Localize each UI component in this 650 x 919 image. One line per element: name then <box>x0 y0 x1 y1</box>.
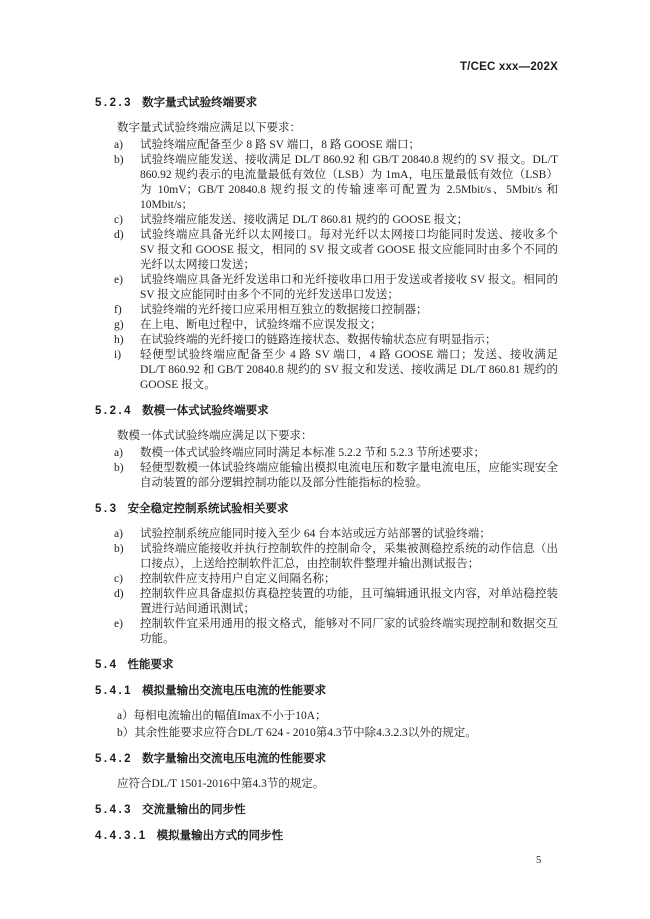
list-item: f)试验终端的光纤接口应采用相互独立的数据接口控制器； <box>95 303 558 318</box>
document-header: T/CEC xxx—202X <box>460 61 558 73</box>
section-heading-4.4.3.1: 4.4.3.1模拟量输出方式的同步性 <box>95 828 558 844</box>
heading-title: 数字量式试验终端要求 <box>142 97 257 109</box>
list-item-text: 试验终端的光纤接口应采用相互独立的数据接口控制器； <box>140 304 428 316</box>
list-item-text: 试验终端应具备光纤以太网接口。每对光纤以太网接口均能同时发送、接收多个 SV 报… <box>140 229 558 271</box>
list-item: a)试验控制系统应能同时接入至少 64 台本站或远方站部署的试验终端； <box>95 527 558 542</box>
list-item: b)试验终端应能接收并执行控制软件的控制命令，采集被测稳控系统的动作信息（出口接… <box>95 542 558 572</box>
list-item-text: 在上电、断电过程中，试验终端不应误发报文； <box>140 319 382 331</box>
heading-title: 模拟量输出方式的同步性 <box>157 830 284 842</box>
section-heading-5.4: 5.4性能要求 <box>95 657 558 673</box>
list-item-text: 试验终端应能发送、接收满足 DL/T 860.81 规约的 GOOSE 报文； <box>140 214 468 226</box>
heading-number: 5.4.3 <box>95 804 133 816</box>
paragraph: 数模一体式试验终端应满足以下要求： <box>117 429 558 444</box>
heading-number: 5.4.2 <box>95 753 133 765</box>
list-item-text: 控制软件宜采用通用的报文格式，能够对不同厂家的试验终端实现控制和数据交互功能。 <box>140 618 558 645</box>
list-item-label: i) <box>114 348 121 363</box>
list-item: h)在试验终端的光纤接口的链路连接状态、数据传输状态应有明显指示； <box>95 333 558 348</box>
list-item-label: h) <box>114 333 124 348</box>
section-heading-5.4.3: 5.4.3交流量输出的同步性 <box>95 802 558 818</box>
section-heading-5.4.1: 5.4.1模拟量输出交流电压电流的性能要求 <box>95 683 558 699</box>
document-page: T/CEC xxx—202X 5.2.3数字量式试验终端要求数字量式试验终端应满… <box>0 0 650 919</box>
list-item: c)试验终端应能发送、接收满足 DL/T 860.81 规约的 GOOSE 报文… <box>95 213 558 228</box>
list-item: d)试验终端应具备光纤以太网接口。每对光纤以太网接口均能同时发送、接收多个 SV… <box>95 228 558 273</box>
requirement-line: a）每相电流输出的幅值Imax不小于10A； <box>117 709 558 724</box>
list-item-text: 在试验终端的光纤接口的链路连接状态、数据传输状态应有明显指示； <box>140 334 497 346</box>
heading-title: 模拟量输出交流电压电流的性能要求 <box>142 685 326 697</box>
requirement-line: b）其余性能要求应符合DL/T 624 - 2010第4.3节中除4.3.2.3… <box>117 726 558 741</box>
list-item: b)试验终端应能发送、接收满足 DL/T 860.92 和 GB/T 20840… <box>95 153 558 213</box>
heading-title: 数模一体式试验终端要求 <box>142 405 269 417</box>
list-item-label: d) <box>114 228 124 243</box>
heading-number: 5.2.4 <box>95 405 133 417</box>
list-item-text: 试验终端应配备至少 8 路 SV 端口，8 路 GOOSE 端口； <box>140 139 420 151</box>
list-item-label: b) <box>114 542 124 557</box>
list-item-text: 试验终端应具备光纤发送串口和光纤接收串口用于发送或者接收 SV 报文。相同的 S… <box>140 274 558 301</box>
list-item: g)在上电、断电过程中，试验终端不应误发报文； <box>95 318 558 333</box>
heading-title: 交流量输出的同步性 <box>142 804 246 816</box>
heading-title: 性能要求 <box>128 659 174 671</box>
list-item-label: a) <box>114 446 123 461</box>
list-item-text: 轻便型数模一体试验终端应能输出模拟电流电压和数字量电流电压，应能实现安全自动装置… <box>140 462 558 489</box>
list-item-label: a) <box>114 138 123 153</box>
paragraph: 数字量式试验终端应满足以下要求： <box>117 121 558 136</box>
list-item-label: b) <box>114 153 124 168</box>
section-heading-5.3: 5.3安全稳定控制系统试验相关要求 <box>95 501 558 517</box>
heading-number: 5.4 <box>95 659 119 671</box>
list-item-label: c) <box>114 213 123 228</box>
list-item-label: g) <box>114 318 124 333</box>
requirement-list: a)数模一体式试验终端应同时满足本标准 5.2.2 节和 5.2.3 节所述要求… <box>95 446 558 491</box>
list-item-text: 控制软件应具备虚拟仿真稳控装置的功能，且可编辑通讯报文内容，对单站稳控装置进行站… <box>140 588 558 615</box>
section-heading-5.4.2: 5.4.2数字量输出交流电压电流的性能要求 <box>95 751 558 767</box>
list-item: e)控制软件宜采用通用的报文格式，能够对不同厂家的试验终端实现控制和数据交互功能… <box>95 617 558 647</box>
heading-title: 数字量输出交流电压电流的性能要求 <box>142 753 326 765</box>
list-item-text: 试验控制系统应能同时接入至少 64 台本站或远方站部署的试验终端； <box>140 528 491 540</box>
list-item-text: 轻便型试验终端应配备至少 4 路 SV 端口，4 路 GOOSE 端口；发送、接… <box>140 349 558 391</box>
section-heading-5.2.3: 5.2.3数字量式试验终端要求 <box>95 95 558 111</box>
list-item: c)控制软件应支持用户自定义间隔名称； <box>95 572 558 587</box>
heading-number: 5.2.3 <box>95 97 133 109</box>
list-item-text: 数模一体式试验终端应同时满足本标准 5.2.2 节和 5.2.3 节所述要求； <box>140 447 485 459</box>
list-item: e)试验终端应具备光纤发送串口和光纤接收串口用于发送或者接收 SV 报文。相同的… <box>95 273 558 303</box>
list-item-text: 试验终端应能发送、接收满足 DL/T 860.92 和 GB/T 20840.8… <box>140 154 558 211</box>
list-item-label: e) <box>114 617 123 632</box>
list-item-label: d) <box>114 587 124 602</box>
heading-number: 5.4.1 <box>95 685 133 697</box>
document-body: 5.2.3数字量式试验终端要求数字量式试验终端应满足以下要求：a)试验终端应配备… <box>95 95 558 854</box>
requirement-list: a)试验终端应配备至少 8 路 SV 端口，8 路 GOOSE 端口；b)试验终… <box>95 138 558 393</box>
heading-number: 5.3 <box>95 503 119 515</box>
list-item-text: 试验终端应能接收并执行控制软件的控制命令，采集被测稳控系统的动作信息（出口接点）… <box>140 543 558 570</box>
paragraph: 应符合DL/T 1501-2016中第4.3节的规定。 <box>117 777 558 792</box>
page-number: 5 <box>536 855 541 866</box>
list-item-label: b) <box>114 461 124 476</box>
doc-code: T/CEC xxx—202X <box>460 61 558 73</box>
list-item-label: a) <box>114 527 123 542</box>
list-item: d)控制软件应具备虚拟仿真稳控装置的功能，且可编辑通讯报文内容，对单站稳控装置进… <box>95 587 558 617</box>
list-item: i)轻便型试验终端应配备至少 4 路 SV 端口，4 路 GOOSE 端口；发送… <box>95 348 558 393</box>
list-item: b)轻便型数模一体试验终端应能输出模拟电流电压和数字量电流电压，应能实现安全自动… <box>95 461 558 491</box>
heading-title: 安全稳定控制系统试验相关要求 <box>128 503 289 515</box>
list-item-label: c) <box>114 572 123 587</box>
list-item-text: 控制软件应支持用户自定义间隔名称； <box>140 573 336 585</box>
list-item: a)数模一体式试验终端应同时满足本标准 5.2.2 节和 5.2.3 节所述要求… <box>95 446 558 461</box>
requirement-list: a)试验控制系统应能同时接入至少 64 台本站或远方站部署的试验终端；b)试验终… <box>95 527 558 647</box>
section-heading-5.2.4: 5.2.4数模一体式试验终端要求 <box>95 403 558 419</box>
list-item-label: e) <box>114 273 123 288</box>
heading-number: 4.4.3.1 <box>95 830 148 842</box>
list-item: a)试验终端应配备至少 8 路 SV 端口，8 路 GOOSE 端口； <box>95 138 558 153</box>
list-item-label: f) <box>114 303 122 318</box>
